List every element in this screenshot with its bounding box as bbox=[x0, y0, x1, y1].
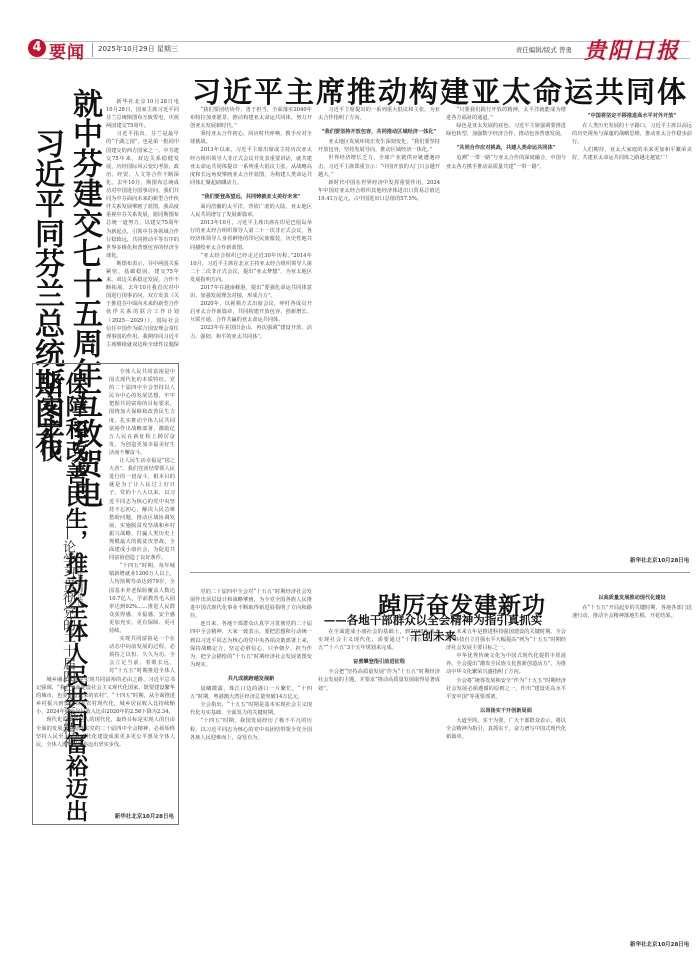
paragraph: 在人类历史发展的十字路口，习近平主席以高远的历史视角与深邃的战略思维，推动亚太合… bbox=[572, 122, 692, 146]
paragraph: 中华优秀传统文化为中国式现代化提供丰厚滋养。全会提出“激发全民族文化创新创造活力… bbox=[446, 652, 566, 676]
main-headline: 习近平主席推动构建亚太命运共同体 bbox=[180, 70, 700, 111]
plenum-col-3: 未来五年是推进科技强国建设的关键时期。全会将“科技自立自强水平大幅提高”列为“十… bbox=[446, 628, 566, 958]
issue-date: 2025年10月29日 星期三 bbox=[98, 44, 178, 54]
plenum-signoff: 新华社北京10月28日电 bbox=[630, 940, 689, 948]
paragraph: 全体人民共同富裕是中国式现代化的本质特征。党的二十届四中全会坚持以人民为中心的发… bbox=[109, 368, 175, 457]
newspaper-page: 4 要闻 2025年10月29日 星期三 责任编辑/版式 曾勇 贵阳日报 就中芬… bbox=[0, 0, 700, 977]
paragraph: 斯图布表示，芬中两国关系紧密，基础稳固。建交75年来，双边关系稳定发展，合作不断… bbox=[106, 260, 179, 348]
paragraph: 未来五年是推进科技强国建设的关键时期。全会将“科技自立自强水平大幅提高”列为“十… bbox=[446, 628, 566, 652]
paragraph: “十四五”时期，每年城镇新增就业1200万人以上，人均预期寿命达到79岁，全国基… bbox=[109, 562, 175, 635]
apec-col-1: “我们要团结协作，勇于担当，全面落实2040年布特拉加亚愿景，推动构建亚太命运共… bbox=[190, 106, 312, 566]
subhead: 以昂扬实干开创新局面 bbox=[446, 707, 566, 715]
paragraph: 人们期待，亚太大家庭的未来更加和平繁荣美好，共建亚太命运共同体之路越走越宽广！ bbox=[572, 146, 692, 162]
page-number-badge: 4 bbox=[28, 39, 46, 57]
commentary-signoff: 新华社北京10月28日电 bbox=[115, 812, 174, 820]
paragraph: “十四五”时期，我国发展经历了极不平凡的历程，以习近平同志为核心的党中央团结带领… bbox=[190, 717, 312, 741]
paragraph: 2020年，以视频方式出席会议，呼吁各成员开启亚太合作新篇章，共同构建开放包容、… bbox=[190, 300, 312, 324]
plenum-col-2: 在全面建成小康社会的基础上，到2035年基本实现社会主义现代化，需要通过“十四五… bbox=[318, 628, 440, 958]
subhead: 共凡成就跨越发展新 bbox=[190, 675, 312, 683]
paragraph: 新时代中国在世界经济中发挥重要作用。2024年中国对亚太经合组织其他经济体进出口… bbox=[318, 179, 440, 203]
paragraph: 绿色是亚太发展的底色。习近平主席强调要推进绿色转型，加强数字经济合作，推动包容普… bbox=[446, 122, 566, 138]
masthead-logo: 贵阳日报 bbox=[584, 34, 680, 65]
subhead: “我们要登高望远，共同铸就亚太美好未来” bbox=[190, 193, 312, 201]
paragraph: 现代化的本质是人的现代化，最终目标是实现人的自由全面的发展。贯彻落实党的二十届四… bbox=[36, 716, 175, 748]
fenland-body: 新华社北京10月28日电 10月28日，国家主席习近平同芬兰总统斯图布互致贺电，… bbox=[106, 98, 179, 348]
apec-col-4: “中国将坚定不移推进高水平对外开放” 在人类历史发展的十字路口，习近平主席以高远… bbox=[572, 106, 692, 556]
paragraph: 连日来，各地干部群众认真学习贯彻党的二十届四中全会精神，大家一致表示，要把思想和… bbox=[190, 620, 312, 669]
apec-col-3: “只要我们践行开放的精神，太平洋就能成为增进各方福祉的通道。” 绿色是亚太发展的… bbox=[446, 106, 566, 566]
paragraph: 2013年以来，习近平主席出席或主持历次亚太经合组织领导人非正式会议并发表重要讲… bbox=[190, 146, 312, 186]
subhead: “中国将坚定不移推进高水平对外开放” bbox=[572, 112, 692, 120]
commentary-byline: 人民日报评论员 bbox=[75, 564, 84, 606]
subhead: “共同合作应对挑战，共建人类命运共同体” bbox=[446, 144, 566, 152]
commentary-body-bottom: 城乡融合发展是实现共同富裕的必由之路。习近平总书记强调，“我们全面建设社会主义现… bbox=[36, 676, 175, 808]
paragraph: 2013年10月，习近平主席出席在印尼巴厘岛举行的亚太经合组织领导人第二十一次非… bbox=[190, 219, 312, 251]
paragraph: 世界经济增长乏力，全球产业链供应链遭遇冲击。习近平主席郑重宣示：“中国开放的大门… bbox=[318, 154, 440, 178]
plenum-col-1: 党的二十届四中全会对“十五五”时期经济社会发展作出顶层设计和战略擘画，为全党全国… bbox=[190, 588, 312, 958]
paragraph: “亚太经合组织已经走过近30年历程。”2014年10月，习近平主席在北京主持亚太… bbox=[190, 252, 312, 284]
paragraph: 秉持亚太合作初心，回应时代呼唤，携手应对全球挑战。 bbox=[190, 130, 312, 146]
paragraph: 2017年在越南岘港，提出“要强化命运共同体意识，加强发展理念对接，形成合力”。 bbox=[190, 284, 312, 300]
header-divider bbox=[92, 43, 93, 57]
paragraph: 全会将“统筹发展和安全”作为“十五五”时期经济社会发展必须遵循的原则之一，作出“… bbox=[446, 677, 566, 701]
subhead: “我们要坚持开放包容，共同推动区域经济一体化” bbox=[318, 128, 440, 136]
paragraph: 大道至简，实干为要。广大干部群众表示，将以全会精神为指引，真抓实干，奋力谱写中国… bbox=[446, 717, 566, 741]
subhead: 奋勇攀登指引前进征程 bbox=[318, 658, 440, 666]
paragraph: 在全面建成小康社会的基础上，到2035年基本实现社会主义现代化，需要通过“十四五… bbox=[318, 628, 440, 652]
section-divider bbox=[190, 572, 690, 573]
paragraph: 习近平指出，芬兰是最早的“千湖之国”，也是第一批同中国建交的西方国家之一。中芬建… bbox=[106, 130, 179, 260]
apec-signoff: 新华社北京10月28日电 bbox=[630, 556, 689, 564]
paragraph: 晨曦微露，珠江口边的港口一片繁忙。“十四五”时期，粤港澳大湾区经济总量突破14万… bbox=[190, 685, 312, 701]
paragraph: 全会指出，“十五五”时期是基本实现社会主义现代化夯实基础、全面发力的关键时期。 bbox=[190, 701, 312, 717]
paragraph: 城乡融合发展是实现共同富裕的必由之路。习近平总书记强调，“我们全面建设社会主义现… bbox=[36, 676, 175, 716]
paragraph: 面向浩瀚的太平洋，背依广袤的大陆，亚太地区人民共同谱写了发展新篇章。 bbox=[190, 203, 312, 219]
commentary-box: 保障和改善民生，推动全体人民共同富裕迈出坚实步伐 ——论学习贯彻党的二十届四中全… bbox=[32, 363, 179, 825]
paragraph: 全会把“坚持高质量发展”作为“十五五”时期经济社会发展的主题，并要求“推动高质量… bbox=[318, 668, 440, 692]
paragraph: 习近平主席提出的一系列重大倡议和主张，为亚太合作指明了方向。 bbox=[318, 106, 440, 122]
paragraph: 在“十五五”开局起步的关键时期，各地各部门迅速行动，推动全会精神落地生根、开花结… bbox=[572, 604, 692, 620]
section-title: 要闻 bbox=[49, 38, 85, 63]
paragraph: 实现共同富裕是一个在动态中向前发展的过程，必须持之以恒、久久为功。全会立足当前、… bbox=[109, 635, 175, 673]
apec-col-2: 习近平主席提出的一系列重大倡议和主张，为亚太合作指明了方向。 “我们要坚持开放包… bbox=[318, 106, 440, 566]
paragraph: 2023年在美国旧金山，再次强调“建设开放、活力、强韧、和平的亚太共同体”。 bbox=[190, 324, 312, 340]
plenum-col-4: 以高质量发展推动现代化建设 在“十五五”开局起步的关键时期，各地各部门迅速行动，… bbox=[572, 588, 692, 943]
editor-credit: 责任编辑/版式 曾勇 bbox=[516, 45, 572, 54]
paragraph: 党的二十届四中全会对“十五五”时期经济社会发展作出顶层设计和战略擘画，为全党全国… bbox=[190, 588, 312, 620]
page-header: 4 要闻 2025年10月29日 星期三 责任编辑/版式 曾勇 贵阳日报 bbox=[30, 41, 690, 59]
paragraph: 新华社北京10月28日电 10月28日，国家主席习近平同芬兰总统斯图布互致贺电，… bbox=[106, 98, 179, 130]
paragraph: “我们要团结协作，勇于担当，全面落实2040年布特拉加亚愿景，推动构建亚太命运共… bbox=[190, 106, 312, 130]
subhead: 以高质量发展推动现代化建设 bbox=[572, 594, 692, 602]
paragraph: “只要我们践行开放的精神，太平洋就能成为增进各方福祉的通道。” bbox=[446, 106, 566, 122]
paragraph: 亚太地区发展环境正发生深刻变化，“我们要坚持开放包容，坚持发展导向，推动区域经济… bbox=[318, 138, 440, 154]
commentary-body-top: 全体人民共同富裕是中国式现代化的本质特征。党的二十届四中全会坚持以人民为中心的发… bbox=[109, 368, 175, 673]
paragraph: 让人民生活幸福是“国之大者”。我们党团结带领人民进行的一切奋斗，根本目的就是为了… bbox=[109, 457, 175, 562]
paragraph: 追溯“一带一路”与亚太合作的深度融合，中国与亚太各方携手推动高质量共建“一带一路… bbox=[446, 154, 566, 170]
